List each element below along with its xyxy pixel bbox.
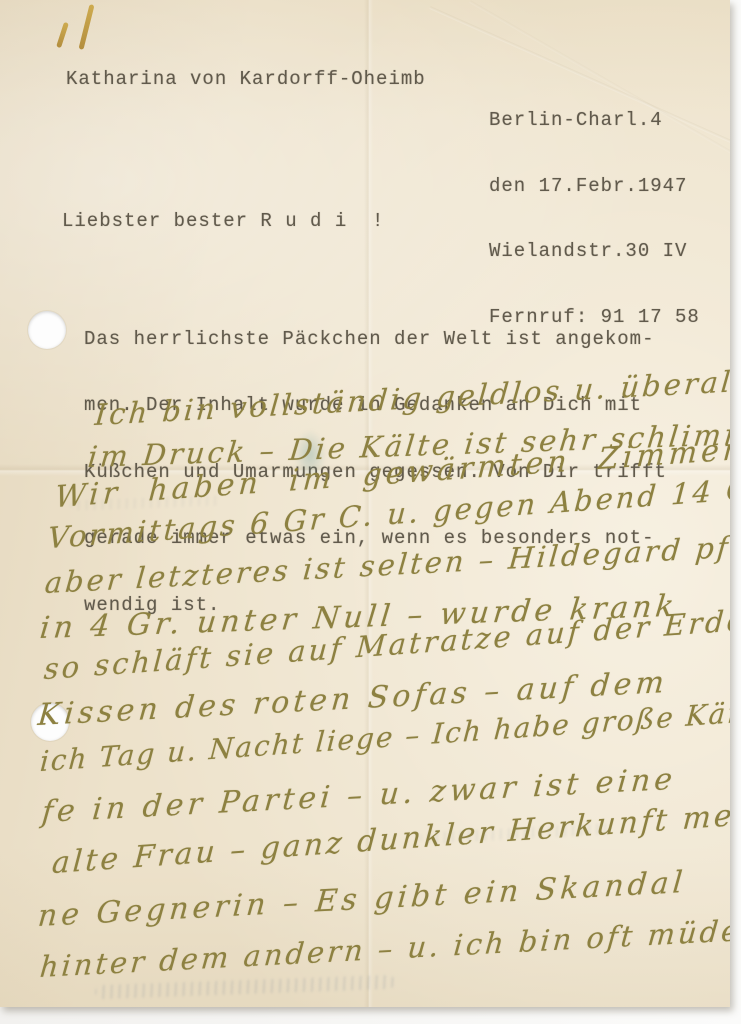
pencil-tally-stroke bbox=[79, 4, 95, 50]
address-line: Berlin-Charl.4 bbox=[489, 110, 700, 132]
pencil-tally-stroke bbox=[56, 22, 69, 48]
salutation: Liebster bester R u d i ! bbox=[62, 210, 384, 232]
punch-hole-top bbox=[28, 311, 66, 349]
sender-name: Katharina von Kardorff-Oheimb bbox=[66, 68, 426, 90]
address-line: den 17.Febr.1947 bbox=[489, 176, 700, 198]
typed-line: Das herrlichste Päckchen der Welt ist an… bbox=[84, 328, 667, 350]
scanned-letter: Katharina von Kardorff-Oheimb Berlin-Cha… bbox=[0, 0, 741, 1024]
letter-paper: Katharina von Kardorff-Oheimb Berlin-Cha… bbox=[0, 0, 730, 1007]
address-line: Wielandstr.30 IV bbox=[489, 241, 700, 263]
